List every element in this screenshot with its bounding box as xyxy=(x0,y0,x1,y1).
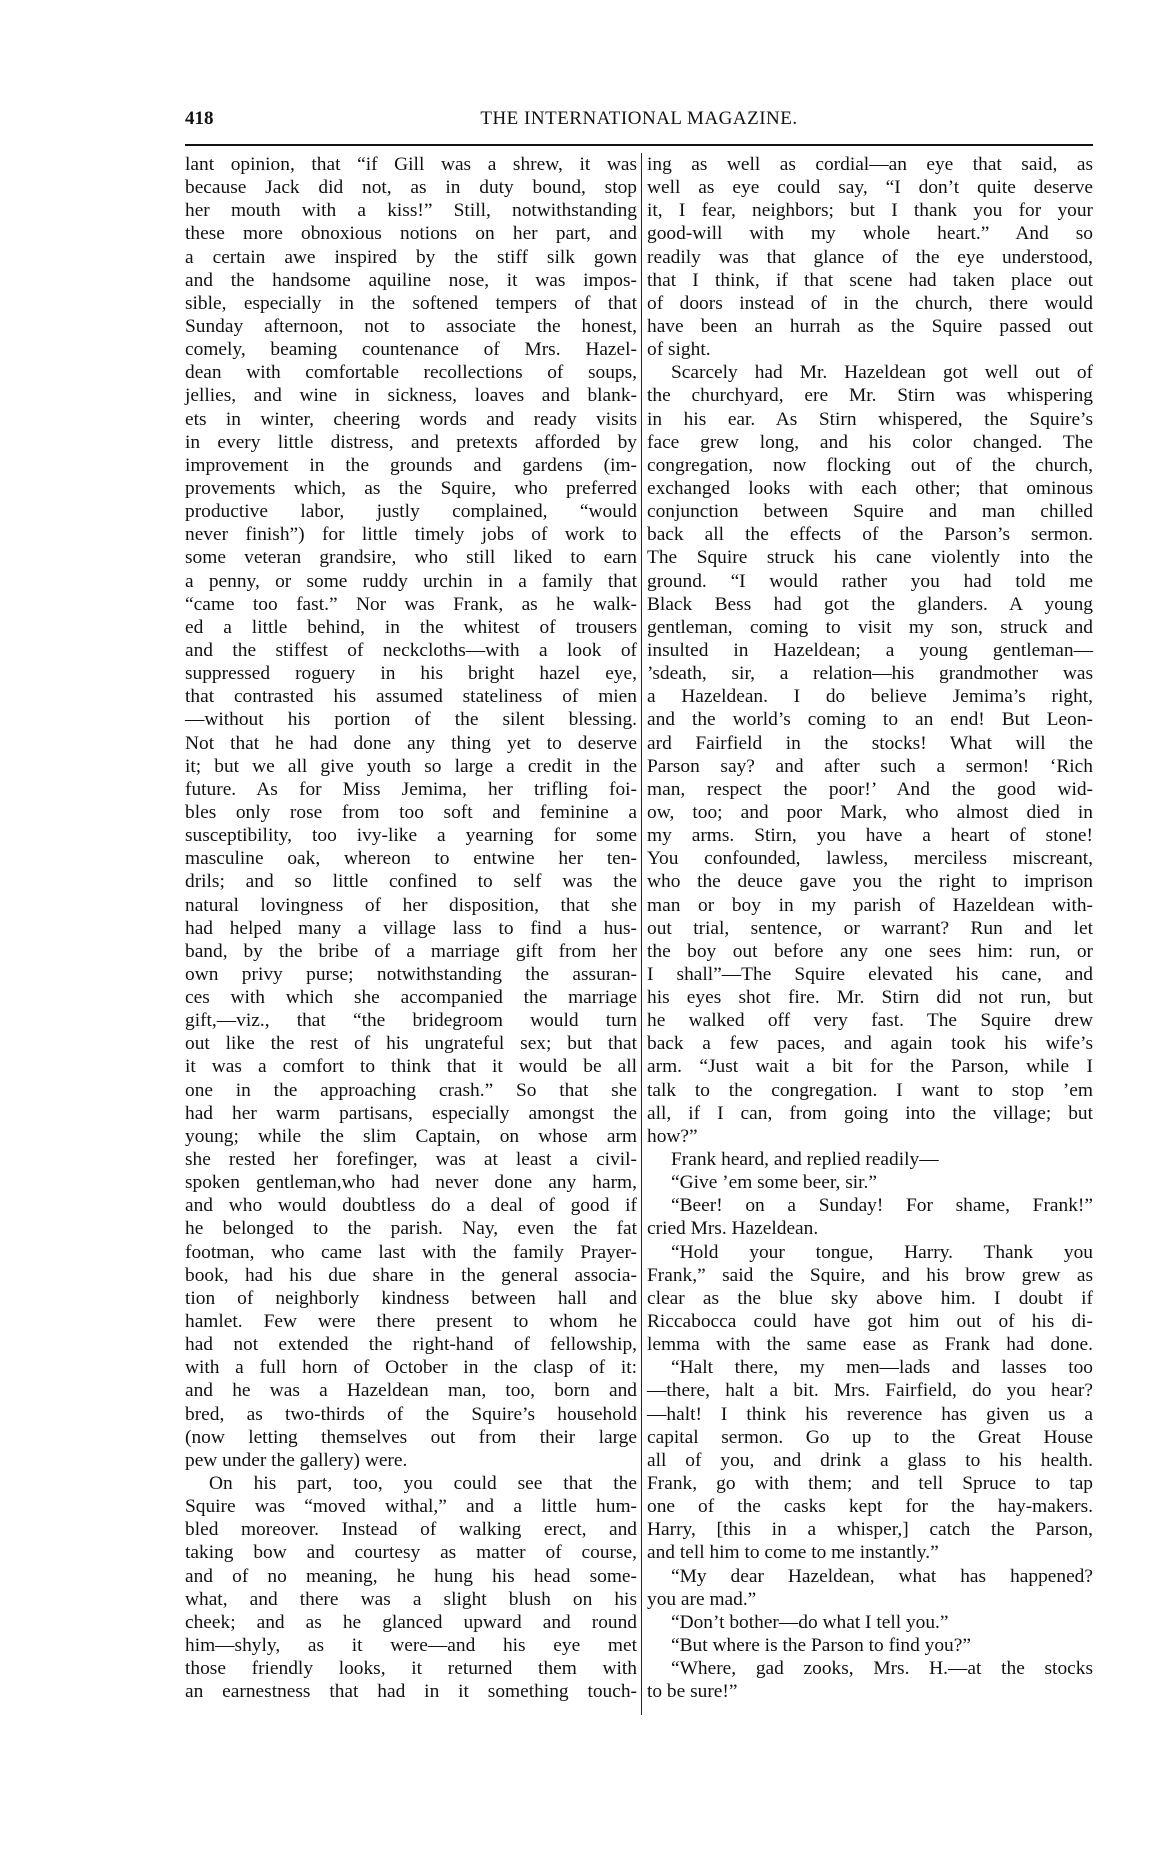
left-column: lant opinion, that “if Gill was a shrew,… xyxy=(185,153,637,1703)
text-line: his eyes shot fire. Mr. Stirn did not ru… xyxy=(647,986,1093,1009)
text-line: suppressed roguery in his bright hazel e… xyxy=(185,662,637,685)
text-line: productive labor, justly complained, “wo… xyxy=(185,500,637,523)
text-line: Not that he had done any thing yet to de… xyxy=(185,732,637,755)
text-line: that contrasted his assumed stateliness … xyxy=(185,685,637,708)
text-line: a penny, or some ruddy urchin in a famil… xyxy=(185,570,637,593)
text-line: clear as the blue sky above him. I doubt… xyxy=(647,1287,1093,1310)
text-line: and the stiffest of neckcloths—with a lo… xyxy=(185,639,637,662)
text-line: —there, halt a bit. Mrs. Fairfield, do y… xyxy=(647,1379,1093,1402)
text-line: a certain awe inspired by the stiff silk… xyxy=(185,246,637,269)
text-line: in every little distress, and pretexts a… xyxy=(185,431,637,454)
text-line: ard Fairfield in the stocks! What will t… xyxy=(647,732,1093,755)
text-line: good-will with my whole heart.” And so xyxy=(647,222,1093,245)
text-line: those friendly looks, it returned them w… xyxy=(185,1657,637,1680)
text-line: my arms. Stirn, you have a heart of ston… xyxy=(647,824,1093,847)
text-line: “But where is the Parson to find you?” xyxy=(647,1634,1093,1657)
running-header: 418 THE INTERNATIONAL MAGAZINE. xyxy=(185,108,1093,134)
text-line: what, and there was a slight blush on hi… xyxy=(185,1588,637,1611)
text-line: had her warm partisans, especially among… xyxy=(185,1102,637,1125)
text-line: masculine oak, whereon to entwine her te… xyxy=(185,847,637,870)
text-line: cheek; and as he glanced upward and roun… xyxy=(185,1611,637,1634)
text-line: arm. “Just wait a bit for the Parson, wh… xyxy=(647,1055,1093,1078)
text-line: cried Mrs. Hazeldean. xyxy=(647,1217,1093,1240)
text-line: have been an hurrah as the Squire passed… xyxy=(647,315,1093,338)
text-line: who the deuce gave you the right to impr… xyxy=(647,870,1093,893)
text-line: man or boy in my parish of Hazeldean wit… xyxy=(647,894,1093,917)
text-line: book, had his due share in the general a… xyxy=(185,1264,637,1287)
text-line: never finish”) for little timely jobs of… xyxy=(185,523,637,546)
text-line: a Hazeldean. I do believe Jemima’s right… xyxy=(647,685,1093,708)
text-line: hamlet. Few were there present to whom h… xyxy=(185,1310,637,1333)
text-line: “came too fast.” Nor was Frank, as he wa… xyxy=(185,593,637,616)
text-line: out like the rest of his ungrateful sex;… xyxy=(185,1032,637,1055)
text-line: future. As for Miss Jemima, her trifling… xyxy=(185,778,637,801)
text-line: and the handsome aquiline nose, it was i… xyxy=(185,269,637,292)
text-line: it was a comfort to think that it would … xyxy=(185,1055,637,1078)
text-line: how?” xyxy=(647,1125,1093,1148)
text-line: I shall”—The Squire elevated his cane, a… xyxy=(647,963,1093,986)
text-line: the boy out before any one sees him: run… xyxy=(647,940,1093,963)
text-line: own privy purse; notwithstanding the ass… xyxy=(185,963,637,986)
text-line: bred, as two-thirds of the Squire’s hous… xyxy=(185,1403,637,1426)
text-line: sible, especially in the softened temper… xyxy=(185,292,637,315)
text-line: lant opinion, that “if Gill was a shrew,… xyxy=(185,153,637,176)
text-line: susceptibility, too ivy-like a yearning … xyxy=(185,824,637,847)
text-line: —without his portion of the silent bless… xyxy=(185,708,637,731)
text-line: (now letting themselves out from their l… xyxy=(185,1426,637,1449)
text-line: some veteran grandsire, who still liked … xyxy=(185,546,637,569)
text-line: the churchyard, ere Mr. Stirn was whispe… xyxy=(647,384,1093,407)
header-rule xyxy=(185,144,1093,146)
text-line: in his ear. As Stirn whispered, the Squi… xyxy=(647,408,1093,431)
text-line: you are mad.” xyxy=(647,1588,1093,1611)
text-line: her mouth with a kiss!” Still, notwithst… xyxy=(185,199,637,222)
text-line: “Halt there, my men—lads and lasses too xyxy=(647,1356,1093,1379)
text-line: one of the casks kept for the hay-makers… xyxy=(647,1495,1093,1518)
text-line: all, if I can, from going into the villa… xyxy=(647,1102,1093,1125)
text-line: footman, who came last with the family P… xyxy=(185,1241,637,1264)
text-line: had helped many a village lass to find a… xyxy=(185,917,637,940)
text-line: well as eye could say, “I don’t quite de… xyxy=(647,176,1093,199)
text-line: jellies, and wine in sickness, loaves an… xyxy=(185,384,637,407)
text-line: and of no meaning, he hung his head some… xyxy=(185,1565,637,1588)
text-line: talk to the congregation. I want to stop… xyxy=(647,1079,1093,1102)
text-line: all of you, and drink a glass to his hea… xyxy=(647,1449,1093,1472)
text-line: an earnestness that had in it something … xyxy=(185,1680,637,1703)
text-line: ing as well as cordial—an eye that said,… xyxy=(647,153,1093,176)
text-line: Parson say? and after such a sermon! ‘Ri… xyxy=(647,755,1093,778)
text-line: Frank heard, and replied readily— xyxy=(647,1148,1093,1171)
text-line: that I think, if that scene had taken pl… xyxy=(647,269,1093,292)
text-line: drils; and so little confined to self wa… xyxy=(185,870,637,893)
text-line: lemma with the same ease as Frank had do… xyxy=(647,1333,1093,1356)
text-line: gift,—viz., that “the bridegroom would t… xyxy=(185,1009,637,1032)
text-line: comely, beaming countenance of Mrs. Haze… xyxy=(185,338,637,361)
text-line: ’sdeath, sir, a relation—his grandmother… xyxy=(647,662,1093,685)
text-line: Squire was “moved withal,” and a little … xyxy=(185,1495,637,1518)
text-line: these more obnoxious notions on her part… xyxy=(185,222,637,245)
text-line: young; while the slim Captain, on whose … xyxy=(185,1125,637,1148)
text-line: “Give ’em some beer, sir.” xyxy=(647,1171,1093,1194)
text-line: Sunday afternoon, not to associate the h… xyxy=(185,315,637,338)
text-line: and he was a Hazeldean man, too, born an… xyxy=(185,1379,637,1402)
text-line: taking bow and courtesy as matter of cou… xyxy=(185,1541,637,1564)
text-line: out trial, sentence, or warrant? Run and… xyxy=(647,917,1093,940)
text-line: face grew long, and his color changed. T… xyxy=(647,431,1093,454)
text-line: tion of neighborly kindness between hall… xyxy=(185,1287,637,1310)
text-line: of sight. xyxy=(647,338,1093,361)
text-line: dean with comfortable recollections of s… xyxy=(185,361,637,384)
text-line: Scarcely had Mr. Hazeldean got well out … xyxy=(647,361,1093,384)
text-line: ed a little behind, in the whitest of tr… xyxy=(185,616,637,639)
text-line: because Jack did not, as in duty bound, … xyxy=(185,176,637,199)
text-line: readily was that glance of the eye under… xyxy=(647,246,1093,269)
text-line: insulted in Hazeldean; a young gentleman… xyxy=(647,639,1093,662)
text-line: and the world’s coming to an end! But Le… xyxy=(647,708,1093,731)
text-line: —halt! I think his reverence has given u… xyxy=(647,1403,1093,1426)
text-line: gentleman, coming to visit my son, struc… xyxy=(647,616,1093,639)
text-line: ow, too; and poor Mark, who almost died … xyxy=(647,801,1093,824)
text-line: “My dear Hazeldean, what has happened? xyxy=(647,1565,1093,1588)
text-line: back all the effects of the Parson’s ser… xyxy=(647,523,1093,546)
text-line: “Hold your tongue, Harry. Thank you xyxy=(647,1241,1093,1264)
text-line: “Don’t bother—do what I tell you.” xyxy=(647,1611,1093,1634)
text-line: he belonged to the parish. Nay, even the… xyxy=(185,1217,637,1240)
text-line: and who would doubtless do a deal of goo… xyxy=(185,1194,637,1217)
text-line: ets in winter, cheering words and ready … xyxy=(185,408,637,431)
text-line: Black Bess had got the glanders. A young xyxy=(647,593,1093,616)
text-line: man, respect the poor!’ And the good wid… xyxy=(647,778,1093,801)
text-line: had not extended the right-hand of fello… xyxy=(185,1333,637,1356)
running-title: THE INTERNATIONAL MAGAZINE. xyxy=(185,108,1093,130)
text-line: exchanged looks with each other; that om… xyxy=(647,477,1093,500)
text-line: Frank, go with them; and tell Spruce to … xyxy=(647,1472,1093,1495)
text-line: ground. “I would rather you had told me xyxy=(647,570,1093,593)
text-line: capital sermon. Go up to the Great House xyxy=(647,1426,1093,1449)
text-line: Frank,” said the Squire, and his brow gr… xyxy=(647,1264,1093,1287)
text-line: to be sure!” xyxy=(647,1680,1093,1703)
text-line: Harry, [this in a whisper,] catch the Pa… xyxy=(647,1518,1093,1541)
text-line: bles only rose from too soft and feminin… xyxy=(185,801,637,824)
text-line: band, by the bribe of a marriage gift fr… xyxy=(185,940,637,963)
text-line: improvement in the grounds and gardens (… xyxy=(185,454,637,477)
text-line: pew under the gallery) were. xyxy=(185,1449,637,1472)
text-line: You confounded, lawless, merciless miscr… xyxy=(647,847,1093,870)
text-line: On his part, too, you could see that the xyxy=(185,1472,637,1495)
text-line: back a few paces, and again took his wif… xyxy=(647,1032,1093,1055)
text-line: ces with which she accompanied the marri… xyxy=(185,986,637,1009)
text-line: Riccabocca could have got him out of his… xyxy=(647,1310,1093,1333)
text-line: spoken gentleman,who had never done any … xyxy=(185,1171,637,1194)
text-line: The Squire struck his cane violently int… xyxy=(647,546,1093,569)
text-line: provements which, as the Squire, who pre… xyxy=(185,477,637,500)
right-column: ing as well as cordial—an eye that said,… xyxy=(647,153,1093,1703)
column-divider xyxy=(641,153,642,1715)
text-line: one in the approaching crash.” So that s… xyxy=(185,1079,637,1102)
text-line: it; but we all give youth so large a cre… xyxy=(185,755,637,778)
text-line: natural lovingness of her disposition, t… xyxy=(185,894,637,917)
text-line: it, I fear, neighbors; but I thank you f… xyxy=(647,199,1093,222)
text-line: “Where, gad zooks, Mrs. H.—at the stocks xyxy=(647,1657,1093,1680)
text-line: him—shyly, as it were—and his eye met xyxy=(185,1634,637,1657)
text-line: conjunction between Squire and man chill… xyxy=(647,500,1093,523)
text-line: with a full horn of October in the clasp… xyxy=(185,1356,637,1379)
text-line: and tell him to come to me instantly.” xyxy=(647,1541,1093,1564)
text-line: he walked off very fast. The Squire drew xyxy=(647,1009,1093,1032)
text-line: bled moreover. Instead of walking erect,… xyxy=(185,1518,637,1541)
text-line: of doors instead of in the church, there… xyxy=(647,292,1093,315)
text-line: “Beer! on a Sunday! For shame, Frank!” xyxy=(647,1194,1093,1217)
text-line: she rested her forefinger, was at least … xyxy=(185,1148,637,1171)
text-line: congregation, now flocking out of the ch… xyxy=(647,454,1093,477)
